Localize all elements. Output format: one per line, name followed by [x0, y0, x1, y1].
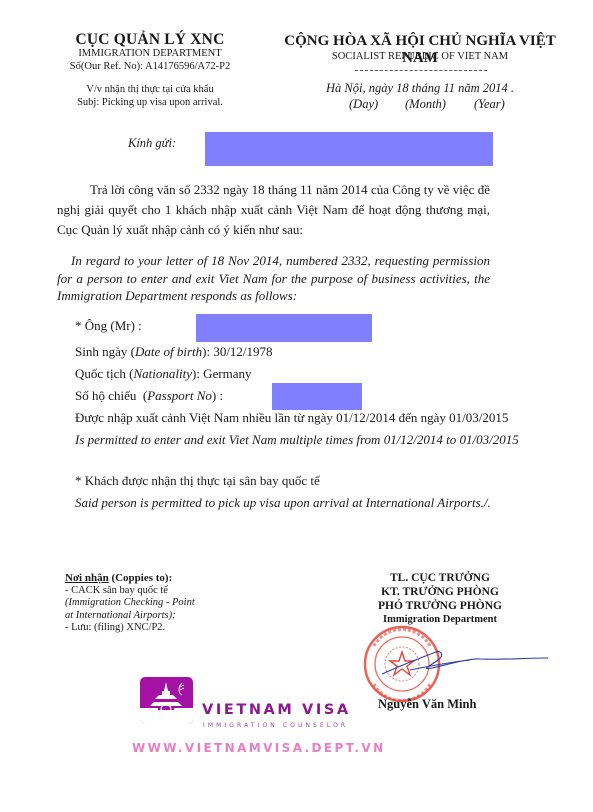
brand-tagline: IMMIGRATION COUNSELOR [203, 722, 348, 729]
recipient-line: at International Airports); [65, 610, 195, 623]
passport-suffix: ) : [212, 388, 223, 403]
year-label: (Year) [474, 97, 505, 112]
recipients-heading: Nơi nhận (Coppies to): [65, 572, 195, 585]
nationality-label-vi: Quốc tịch ( [75, 366, 133, 381]
note-vi: * Khách được nhận thị thực tại sân bay q… [75, 473, 320, 489]
reference-number: Số(Our Ref. No): A14176596/A72-P2 [40, 61, 260, 72]
recipients-heading-en: (Coppies to): [109, 572, 173, 584]
signature-title-1: TL. CỤC TRƯỞNG [350, 571, 530, 585]
header-divider [355, 70, 487, 71]
dob-value: ): 30/12/1978 [202, 344, 272, 359]
handwritten-signature-icon [380, 648, 550, 678]
name-label-text: * Ông (Mr) : [75, 318, 142, 333]
recipient-line: - Lưu: (filing) XNC/P2. [65, 622, 195, 635]
body-paragraph-en: In regard to your letter of 18 Nov 2014,… [57, 252, 490, 305]
website-link[interactable]: WWW.VIETNAMVISA.DEPT.VN [132, 741, 386, 755]
passport-redaction [272, 383, 362, 410]
signer-name: Nguyễn Văn Minh [378, 697, 476, 712]
signature-title-3: PHÓ TRƯỞNG PHÒNG [350, 599, 530, 613]
signature-block: TL. CỤC TRƯỞNG KT. TRƯỞNG PHÒNG PHÓ TRƯỞ… [350, 571, 530, 627]
nationality-line: Quốc tịch (Nationality): Germany [75, 366, 252, 382]
recipients-block: Nơi nhận (Coppies to): - CACK sân bay qu… [65, 572, 195, 635]
dob-label-vi: Sinh ngày ( [75, 344, 135, 359]
permit-vi: Được nhập xuất cảnh Việt Nam nhiều lần t… [75, 410, 508, 426]
country-title-en: SOCIALIST REPUBLIC OF VIET NAM [270, 51, 570, 62]
nationality-label-en: Nationality [133, 366, 192, 381]
dob-label-en: Date of birth [135, 344, 202, 359]
dob-line: Sinh ngày (Date of birth): 30/12/1978 [75, 344, 273, 360]
vietnam-visa-logo [140, 677, 193, 724]
addressee-redaction [205, 132, 493, 166]
recipients-heading-vi: Nơi nhận [65, 572, 109, 584]
passport-label-vi: Số hộ chiếu ( [75, 388, 147, 403]
subject-en: Subj: Picking up visa upon arrival. [40, 97, 260, 108]
recipient-line: - CACK sân bay quốc tế [65, 585, 195, 598]
agency-title-en: IMMIGRATION DEPARTMENT [40, 48, 260, 59]
signature-title-2: KT. TRƯỞNG PHÒNG [350, 585, 530, 599]
day-label: (Day) [349, 97, 378, 112]
note-en: Said person is permitted to pick up visa… [75, 495, 491, 511]
permit-en: Is permitted to enter and exit Viet Nam … [75, 432, 519, 448]
brand-name: VIETNAM VISA [202, 702, 351, 718]
passport-label-en: Passport No [147, 388, 212, 403]
passport-line: Số hộ chiếu (Passport No) : [75, 388, 223, 404]
name-label: * Ông (Mr) : [75, 318, 142, 334]
recipient-line: (Immigration Checking - Point [65, 597, 195, 610]
name-redaction [196, 314, 372, 342]
date-line: Hà Nội, ngày 18 tháng 11 năm 2014 . [270, 81, 570, 96]
subject-vi: V/v nhận thị thực tại cửa khẩu [40, 84, 260, 95]
addressee-label: Kính gửi: [128, 136, 176, 151]
body-paragraph-vi: Trả lời công văn số 2332 ngày 18 tháng 1… [57, 180, 490, 240]
pagoda-gate-icon [140, 677, 193, 724]
nationality-value: ): Germany [192, 366, 252, 381]
agency-title-vi: CỤC QUẢN LÝ XNC [40, 31, 260, 49]
month-label: (Month) [405, 97, 446, 112]
